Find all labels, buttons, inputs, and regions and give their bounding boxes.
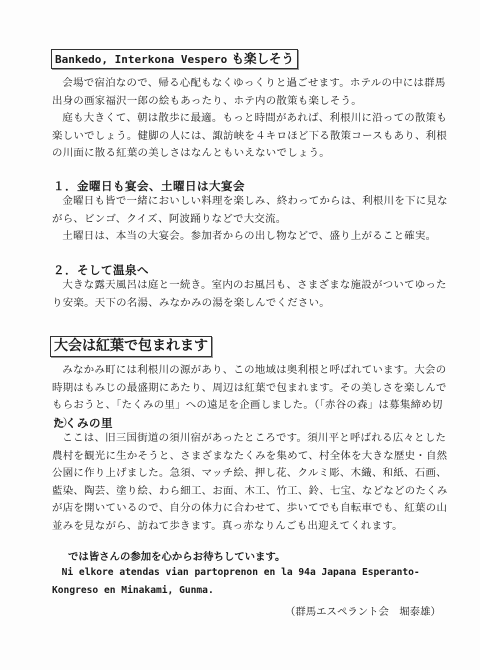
document-page: Bankedo, Interkona Vespero も楽しそう 会場で宿泊なの… xyxy=(0,0,480,670)
section-heading-banquet: Bankedo, Interkona Vespero も楽しそう xyxy=(51,49,298,69)
closing-line: では皆さんの参加を心からお待ちしています。 xyxy=(68,548,285,563)
esperanto-text: Ni elkore atendas vian partoprenon en la… xyxy=(52,564,462,600)
signature: （群馬エスペラント会 堀泰雄） xyxy=(285,603,441,618)
paragraph: 大きな露天風呂は庭と一続き。室内のお風呂も、さまざまな施設がついてゆったり安楽。… xyxy=(52,277,452,312)
paragraph: 会場で宿泊なので、帰る心配もなくゆっくりと過ごせます。ホテルの中には群馬出身の画… xyxy=(52,75,452,110)
section-heading-autumn: 大会は紅葉で包まれます xyxy=(50,336,212,357)
subsection-title: ２．そして温泉へ xyxy=(53,262,149,278)
heading-jp: も楽しそう xyxy=(227,51,294,66)
paragraph: 金曜日も皆で一緒においしい料理を楽しみ、終わってからは、利根川を下に見ながら、ビ… xyxy=(52,193,452,228)
paragraph: 土曜日は、本当の大宴会。参加者からの出し物などで、盛り上がること確実。 xyxy=(52,228,452,246)
paragraph: 庭も大きくて、朝は散歩に最適。もっと時間があれば、利根川に沿っての散策も楽しいで… xyxy=(52,110,452,163)
paragraph: ここは、旧三国街道の須川宿があったところです。須川平と呼ばれる広々とした農村を観… xyxy=(52,430,452,535)
subsection-title: １．金曜日も宴会、土曜日は大宴会 xyxy=(53,178,245,194)
subsection-title: たくみの里 xyxy=(53,415,113,431)
heading-latin: Bankedo, Interkona Vespero xyxy=(55,53,227,66)
